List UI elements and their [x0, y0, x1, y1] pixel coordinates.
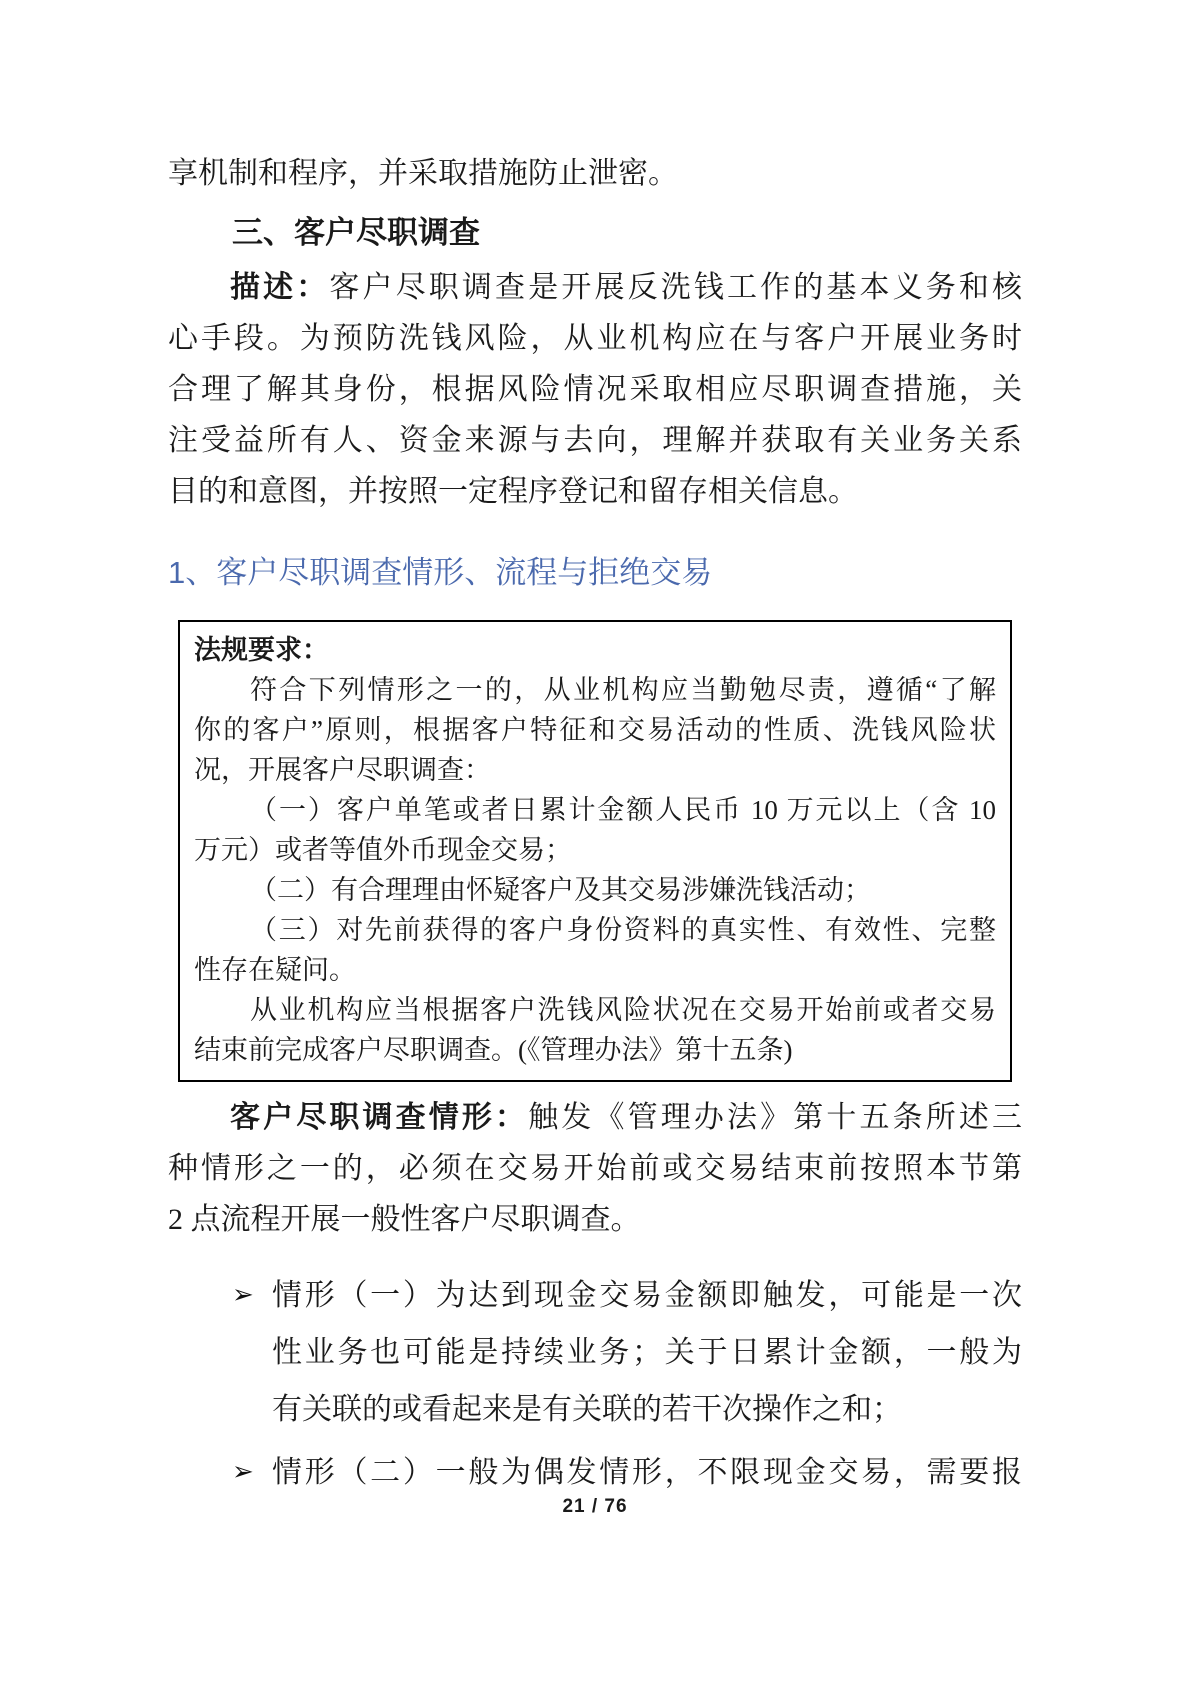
- paragraph-lead-label: 客户尽职调查情形：: [230, 1101, 528, 1134]
- text-line: 心手段。为预防洗钱风险，从业机构应在与客户开展业务时: [168, 313, 1022, 364]
- text-line: 享机制和程序，并采取措施防止泄密。: [168, 148, 1022, 199]
- text-line: （三）对先前获得的客户身份资料的真实性、有效性、完整: [194, 910, 996, 950]
- text-line: 2 点流程开展一般性客户尽职调查。: [168, 1194, 1022, 1245]
- regulation-box: 法规要求： 符合下列情形之一的，从业机构应当勤勉尽责，遵循“了解 你的客户”原则…: [178, 620, 1012, 1082]
- text-line: 结束前完成客户尽职调查。(《管理办法》第十五条): [194, 1030, 996, 1070]
- bullet-text: 情形（二）一般为偶发情形，不限现金交易，需要报: [272, 1444, 1022, 1501]
- text-line: 种情形之一的，必须在交易开始前或交易结束前按照本节第: [168, 1143, 1022, 1194]
- bullet-item-case-one: ➢ 情形（一）为达到现金交易金额即触发，可能是一次 性业务也可能是持续业务；关于…: [168, 1267, 1022, 1438]
- text-line: 注受益所有人、资金来源与去向，理解并获取有关业务关系: [168, 415, 1022, 466]
- text-line: 万元）或者等值外币现金交易；: [194, 830, 996, 870]
- paragraph-description: 描述：客户尽职调查是开展反洗钱工作的基本义务和核 心手段。为预防洗钱风险，从业机…: [168, 262, 1022, 517]
- bullet-item-case-two: ➢ 情形（二）一般为偶发情形，不限现金交易，需要报: [168, 1444, 1022, 1501]
- text-line: 目的和意图，并按照一定程序登记和留存相关信息。: [168, 466, 1022, 517]
- text-line: 符合下列情形之一的，从业机构应当勤勉尽责，遵循“了解: [194, 670, 996, 710]
- text-line: （二）有合理理由怀疑客户及其交易涉嫌洗钱活动；: [194, 870, 996, 910]
- text-line: 客户尽职调查情形：触发《管理办法》第十五条所述三: [168, 1092, 1022, 1143]
- paragraph-trigger-cases: 客户尽职调查情形：触发《管理办法》第十五条所述三 种情形之一的，必须在交易开始前…: [168, 1092, 1022, 1245]
- arrow-bullet-icon: ➢: [232, 1267, 272, 1324]
- page-content: 享机制和程序，并采取措施防止泄密。 三、客户尽职调查 描述：客户尽职调查是开展反…: [168, 148, 1022, 1501]
- text-line: 情形（二）一般为偶发情形，不限现金交易，需要报: [272, 1444, 1022, 1501]
- page-number: 21 / 76: [0, 1496, 1190, 1518]
- bullet-text: 情形（一）为达到现金交易金额即触发，可能是一次 性业务也可能是持续业务；关于日累…: [272, 1267, 1022, 1438]
- arrow-bullet-icon: ➢: [232, 1444, 272, 1501]
- text-line: 有关联的或看起来是有关联的若干次操作之和；: [272, 1381, 1022, 1438]
- text-line: 性业务也可能是持续业务；关于日累计金额，一般为: [272, 1324, 1022, 1381]
- document-page: 享机制和程序，并采取措施防止泄密。 三、客户尽职调查 描述：客户尽职调查是开展反…: [0, 0, 1190, 1683]
- text-line: 从业机构应当根据客户洗钱风险状况在交易开始前或者交易: [194, 990, 996, 1030]
- text-line: 性存在疑问。: [194, 950, 996, 990]
- paragraph-lead-label: 描述：: [230, 271, 329, 304]
- text-line: 描述：客户尽职调查是开展反洗钱工作的基本义务和核: [168, 262, 1022, 313]
- text-line: 情形（一）为达到现金交易金额即触发，可能是一次: [272, 1267, 1022, 1324]
- text-line: 你的客户”原则，根据客户特征和交易活动的性质、洗钱风险状: [194, 710, 996, 750]
- paragraph-overflow: 享机制和程序，并采取措施防止泄密。: [168, 148, 1022, 199]
- subsection-heading: 1、客户尽职调查情形、流程与拒绝交易: [168, 547, 1022, 598]
- regulation-box-title: 法规要求：: [194, 630, 996, 670]
- subsection-heading-text: 1、客户尽职调查情形、流程与拒绝交易: [168, 555, 712, 590]
- section-heading: 三、客户尽职调查: [168, 207, 1022, 258]
- text-line: 合理了解其身份，根据风险情况采取相应尽职调查措施，关: [168, 364, 1022, 415]
- section-heading-text: 三、客户尽职调查: [232, 215, 480, 250]
- text-line: （一）客户单笔或者日累计金额人民币 10 万元以上（含 10: [194, 790, 996, 830]
- text-line: 况，开展客户尽职调查：: [194, 750, 996, 790]
